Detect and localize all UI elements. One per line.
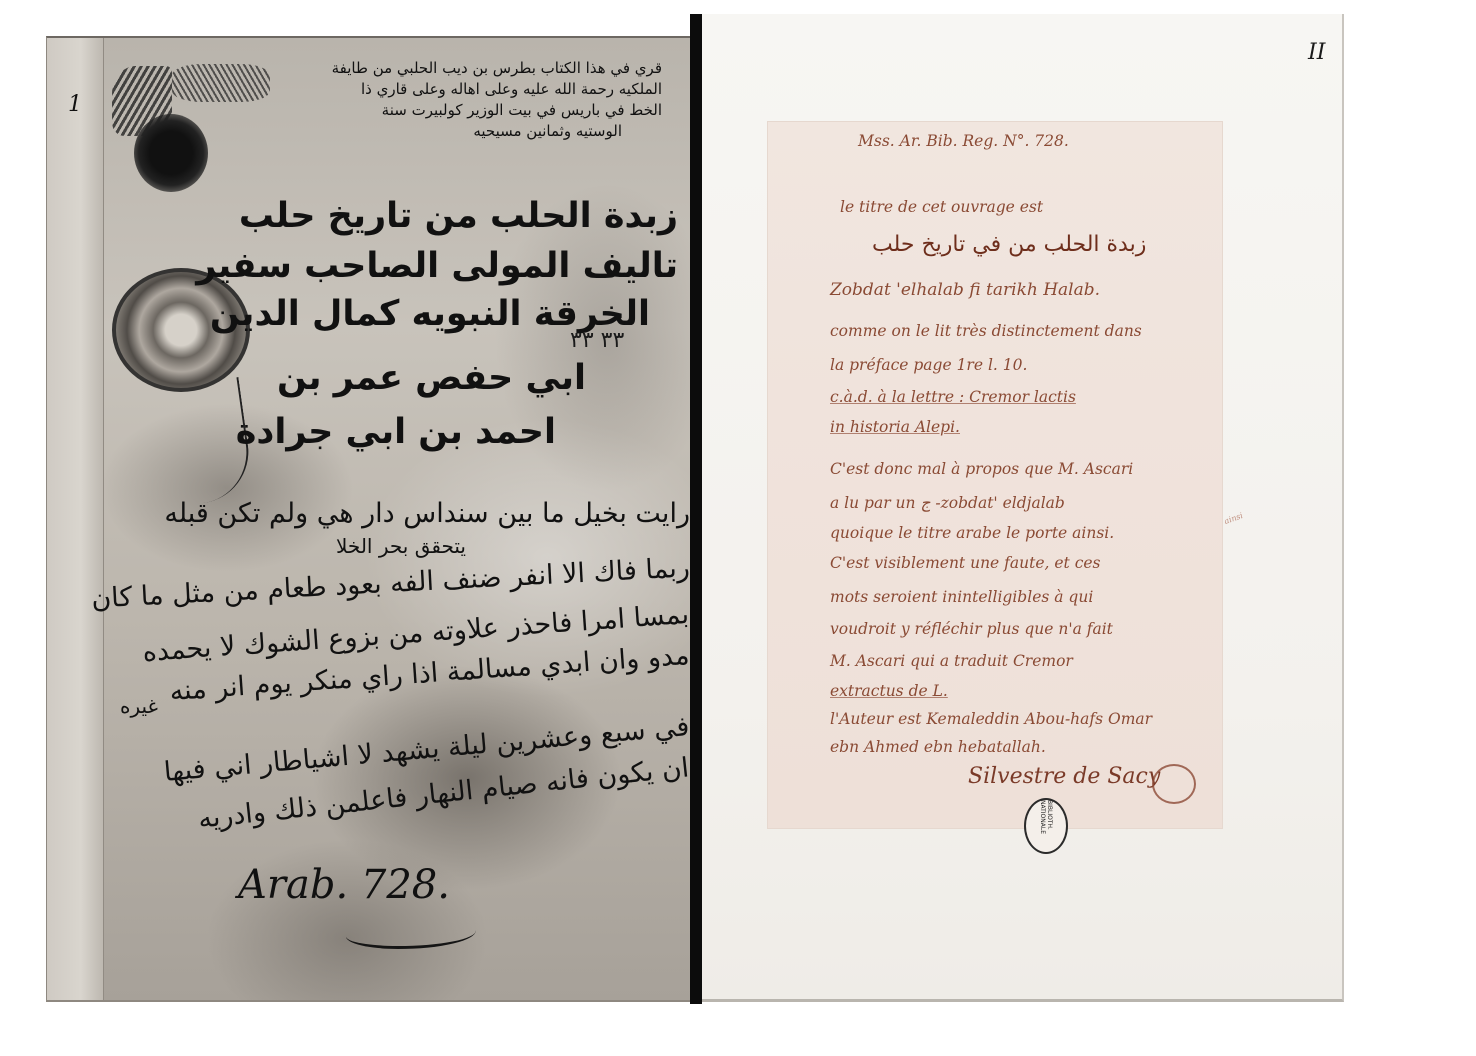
slip-line: le titre de cet ouvrage est (840, 198, 1043, 216)
shelfmark: Arab. 728. (238, 862, 450, 908)
note-line: الخط في باريس في بيت الوزير كولبيرت سنة (332, 100, 662, 121)
slip-line: voudroit y réfléchir plus que n'a fait (830, 620, 1113, 638)
slip-line: l'Auteur est Kemaleddin Abou-hafs Omar (830, 710, 1152, 728)
marginal-marks: ٣٣ ٣٣ (570, 328, 624, 353)
ink-scribble-icon (172, 64, 270, 102)
library-stamp: BIBLIOTH. NATIONALE (1024, 798, 1068, 854)
paraph-flourish-icon (1152, 764, 1196, 804)
slip-line: C'est visiblement une faute, et ces (830, 554, 1101, 572)
slip-line: C'est donc mal à propos que M. Ascari (830, 460, 1133, 478)
slip-line: quoique le titre arabe le porte ainsi. (830, 524, 1114, 542)
body-line: رايت بخيل ما بين سنداس دار هي ولم تكن قب… (164, 496, 690, 532)
note-line: الملكيه رحمة الله عليه وعلى اهاله وعلى ق… (332, 79, 662, 100)
ink-blot-icon (134, 114, 208, 192)
slip-line: la préface page 1re l. 10. (830, 356, 1027, 374)
slip-line: in historia Alepi. (830, 418, 960, 436)
title-line: تاليف المولى الصاحب سفير (196, 244, 678, 288)
body-line: غيره (120, 688, 158, 724)
left-margin-strip (47, 38, 104, 1000)
slip-line: ebn Ahmed ebn hebatallah. (830, 738, 1046, 756)
title-line: ابي حفص عمر بن (277, 356, 586, 400)
body-line: يتحقق بحر الخلا (336, 528, 466, 564)
note-line: قري في هذا الكتاب بطرس بن ديب الحلبي من … (332, 58, 662, 79)
slip-line: M. Ascari qui a traduit Cremor (830, 652, 1073, 670)
ownership-note: قري في هذا الكتاب بطرس بن ديب الحلبي من … (332, 58, 662, 142)
signature: Silvestre de Sacy (968, 764, 1160, 789)
title-line: زبدة الحلب من تاريخ حلب (239, 194, 678, 238)
slip-arabic-title: زبدة الحلب من في تاريخ حلب (872, 232, 1146, 257)
slip-line: c.à.d. à la lettre : Cremor lactis (830, 388, 1076, 406)
slip-line: Zobdat 'elhalab fi tarikh Halab. (830, 280, 1100, 300)
slip-line: a lu par un ج -zobdat' eldjalab (830, 494, 1065, 512)
folio-number-left: 1 (68, 92, 82, 117)
note-line: الوستيه وثمانين مسيحيه (332, 121, 622, 142)
slip-line: extractus de L. (830, 682, 948, 700)
book-spine (690, 14, 702, 1004)
slip-line: mots seroient inintelligibles à qui (830, 588, 1093, 606)
slip-header: Mss. Ar. Bib. Reg. N°. 728. (858, 132, 1069, 150)
slip-line: comme on le lit très distinctement dans (830, 322, 1142, 340)
folio-number-right: II (1308, 40, 1325, 65)
title-line: احمد بن ابي جرادة (236, 410, 556, 454)
